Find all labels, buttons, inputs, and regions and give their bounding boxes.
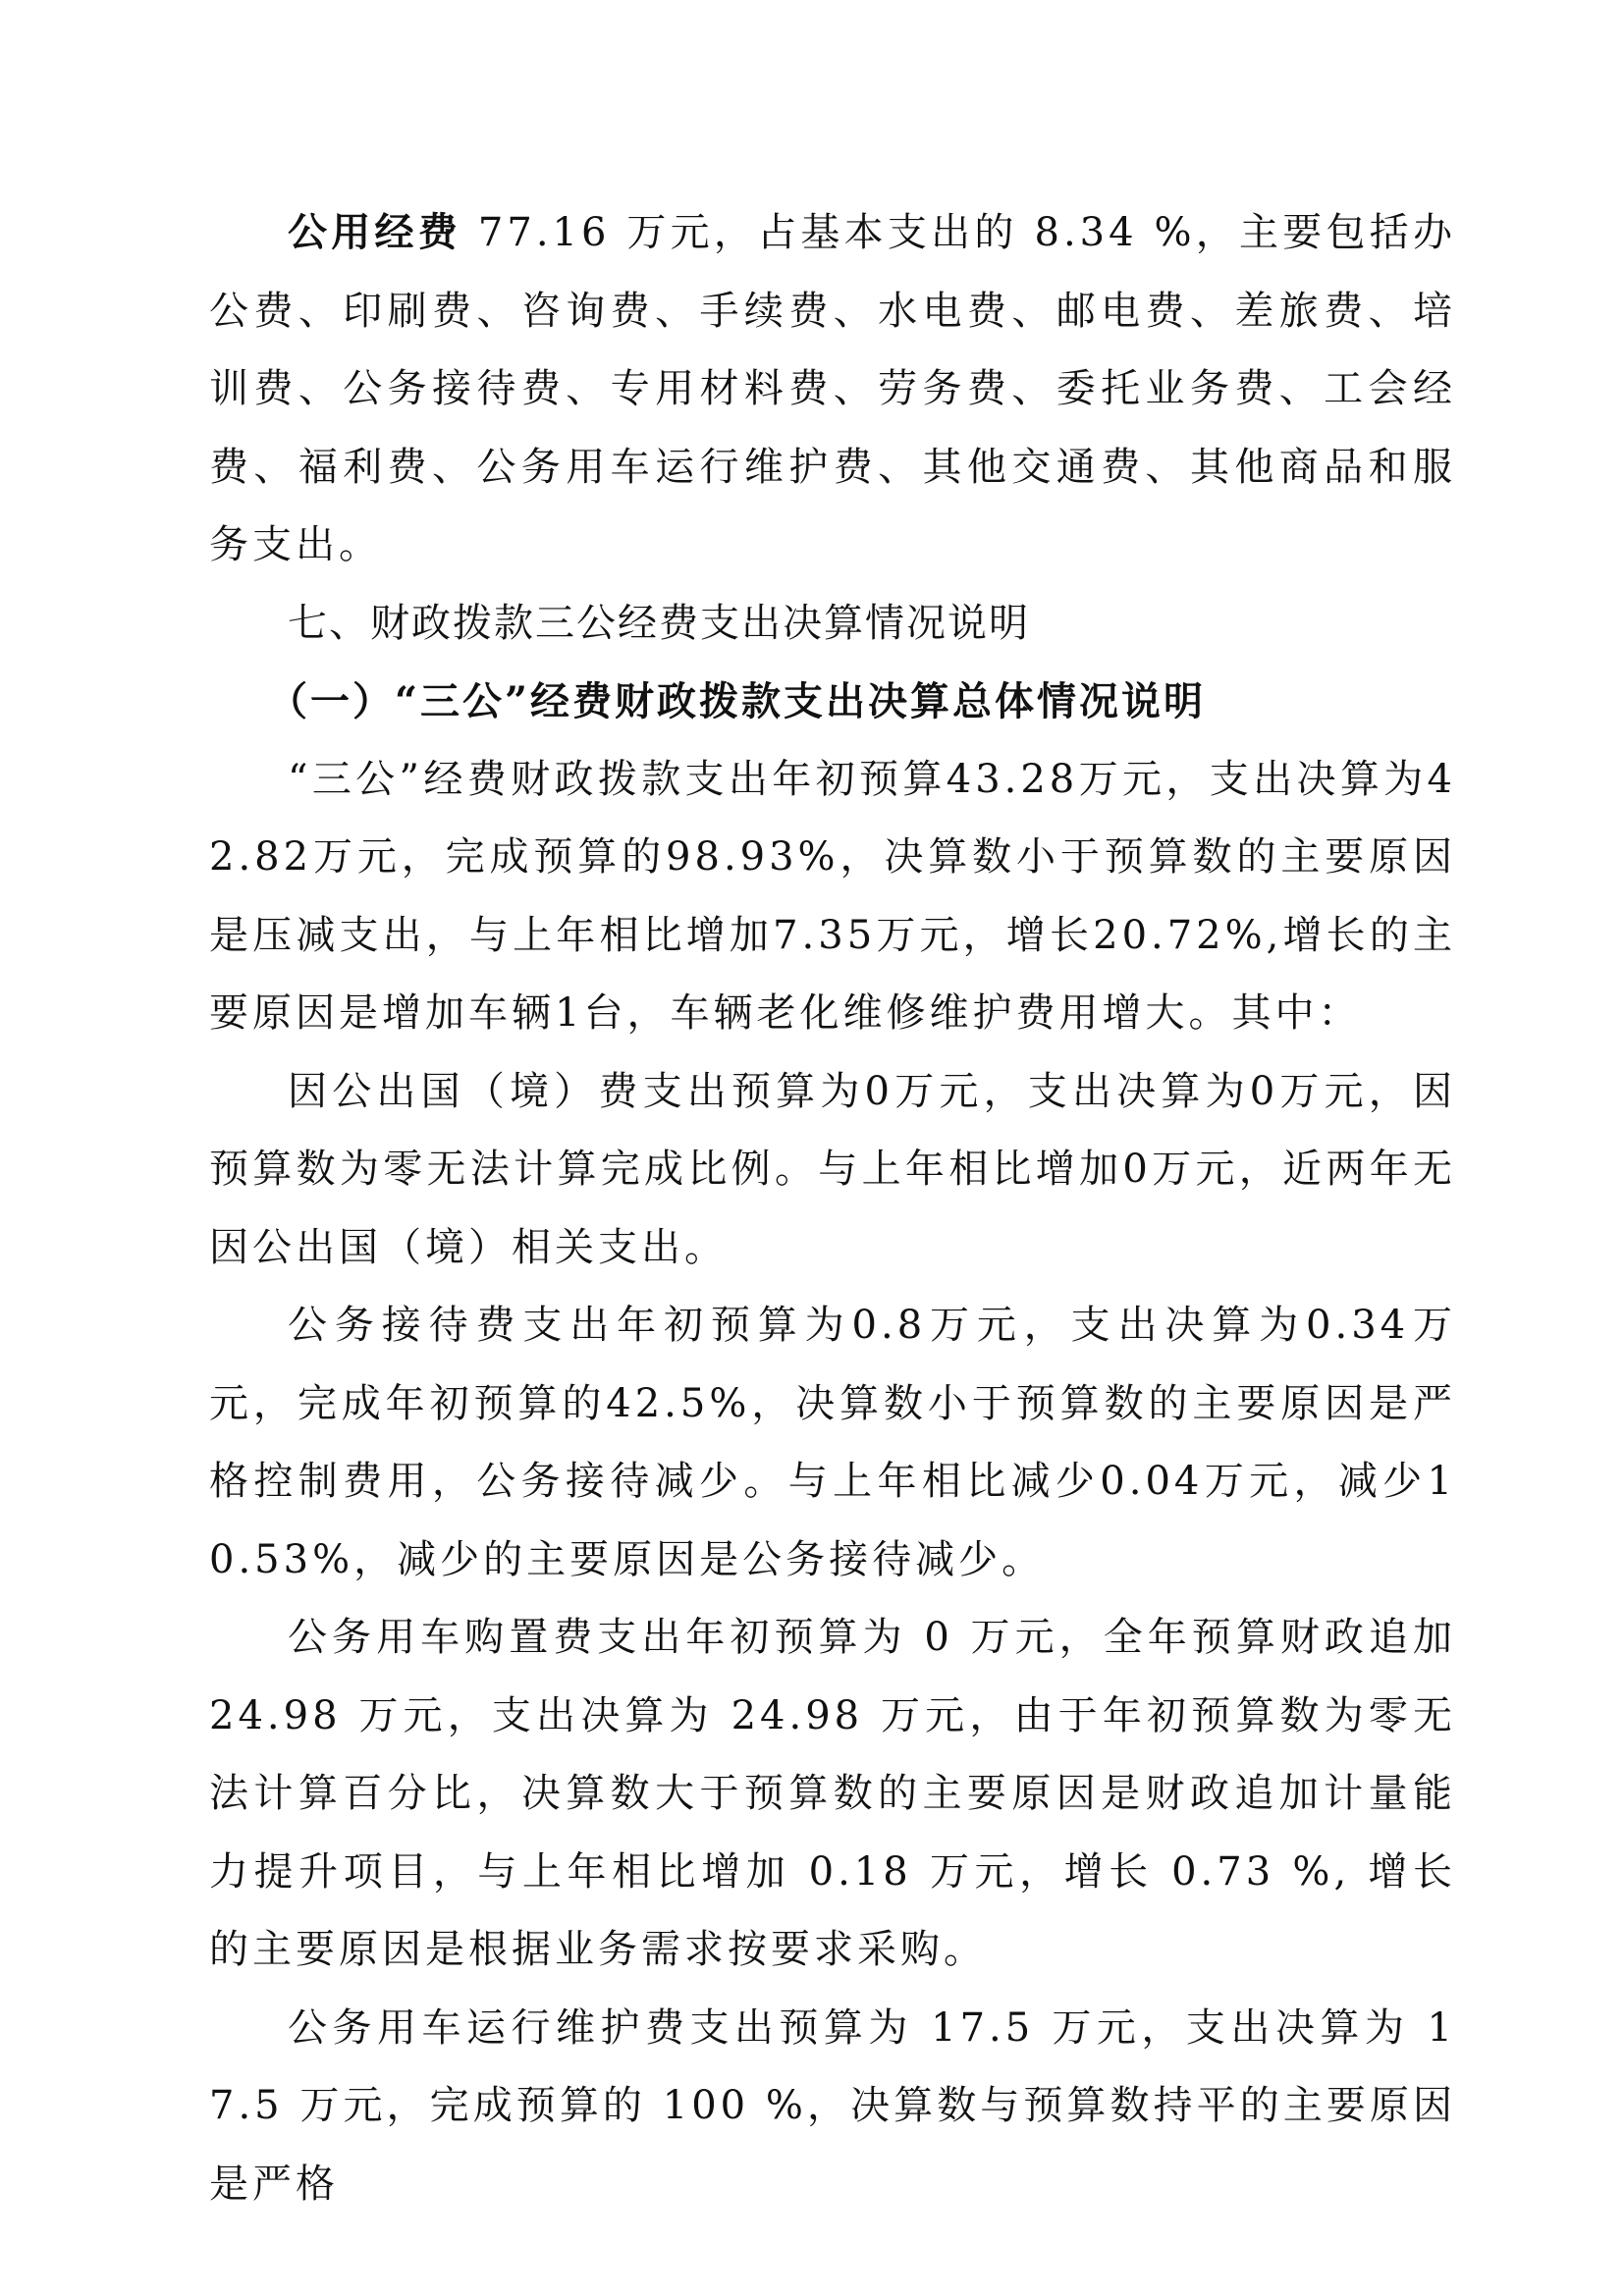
- document-page: 公用经费 77.16 万元，占基本支出的 8.34 %，主要包括办公费、印刷费、…: [209, 194, 1456, 2223]
- public-funds-lead: 公用经费: [288, 210, 461, 255]
- section-heading: 七、财政拨款三公经费支出决算情况说明: [209, 585, 1456, 664]
- reception-expense-paragraph: 公务接待费支出年初预算为0.8万元，支出决算为0.34万元，完成年初预算的42.…: [209, 1287, 1456, 1599]
- public-funds-text: 77.16 万元，占基本支出的 8.34 %，主要包括办公费、印刷费、咨询费、手…: [209, 210, 1456, 567]
- overseas-expense-paragraph: 因公出国（境）费支出预算为0万元，支出决算为0万元，因预算数为零无法计算完成比例…: [209, 1053, 1456, 1288]
- three-public-overall-paragraph: “三公”经费财政拨款支出年初预算43.28万元，支出决算为42.82万元，完成预…: [209, 741, 1456, 1053]
- public-funds-paragraph: 公用经费 77.16 万元，占基本支出的 8.34 %，主要包括办公费、印刷费、…: [209, 194, 1456, 585]
- subsection-heading: （一）“三公”经费财政拨款支出决算总体情况说明: [209, 663, 1456, 741]
- vehicle-operation-paragraph: 公务用车运行维护费支出预算为 17.5 万元，支出决算为 17.5 万元，完成预…: [209, 1990, 1456, 2224]
- vehicle-purchase-paragraph: 公务用车购置费支出年初预算为 0 万元，全年预算财政追加24.98 万元，支出决…: [209, 1599, 1456, 1990]
